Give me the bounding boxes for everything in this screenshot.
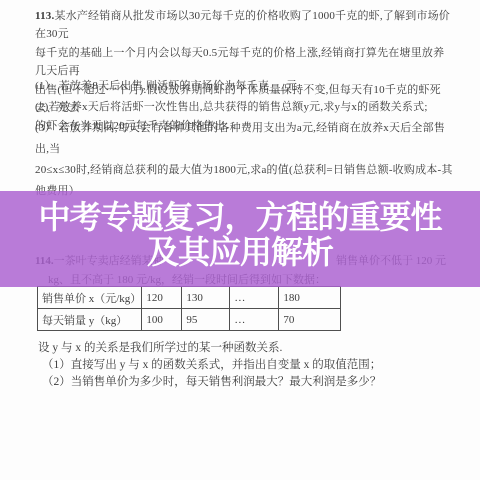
table-row-sales: 每天销量 y（kg） 100 95 … 70 <box>38 309 341 331</box>
table-cell: 销售单价 x（元/kg） <box>38 287 142 309</box>
table-cell: … <box>230 287 279 309</box>
table-cell: 120 <box>142 287 182 309</box>
table-cell: 70 <box>279 309 341 331</box>
banner-title-line1: 中考专题复习，方程的重要性 <box>0 200 480 235</box>
problem-114-question-2: （2）当销售单价为多少时，每天销售利润最大？最大利润是多少？ <box>42 373 381 389</box>
problem-114-question-1: （1）直接写出 y 与 x 的函数关系式，并指出自变量 x 的取值范围； <box>42 356 381 372</box>
problem-113-line: 113.某水产经销商从批发市场以30元每千克的价格收购了1000千克的虾,了解到… <box>35 7 452 44</box>
problem-113-question-2: (2)若放养x天后将活虾一次性售出,总共获得的销售总额y元,求y与x的函数关系式… <box>35 97 454 118</box>
problem-113-number: 113. <box>35 10 54 22</box>
problem-113-question-3: (3） 若放养期间,每天会有各种其他的各种费用支出为a元,经销商在放养x天后全部… <box>35 118 454 160</box>
worksheet-page: 113.某水产经销商从批发市场以30元每千克的价格收购了1000千克的虾,了解到… <box>0 0 480 480</box>
table-cell: 180 <box>279 287 341 309</box>
problem-113-question-1: (1） 若放养8天后出售,则活虾的市场价为每千克___元. <box>35 76 454 97</box>
table-cell: 95 <box>182 309 230 331</box>
problem-114-note: 设 y 与 x 的关系是我们所学过的某一种函数关系. <box>38 339 282 355</box>
banner-title-line2: 及其应用解析 <box>0 235 480 270</box>
table-cell: 100 <box>142 309 182 331</box>
table-cell: … <box>230 309 279 331</box>
table-cell: 每天销量 y（kg） <box>38 309 142 331</box>
banner-overlay: 中考专题复习，方程的重要性 及其应用解析 <box>0 191 480 287</box>
price-sales-table: 销售单价 x（元/kg） 120 130 … 180 每天销量 y（kg） 10… <box>37 286 341 331</box>
problem-113-text: 某水产经销商从批发市场以30元每千克的价格收购了1000千克的虾,了解到市场价在… <box>35 10 450 40</box>
table-cell: 130 <box>182 287 230 309</box>
problem-113-questions: (1） 若放养8天后出售,则活虾的市场价为每千克___元. (2)若放养x天后将… <box>35 76 454 201</box>
table-row-price: 销售单价 x（元/kg） 120 130 … 180 <box>38 287 341 309</box>
